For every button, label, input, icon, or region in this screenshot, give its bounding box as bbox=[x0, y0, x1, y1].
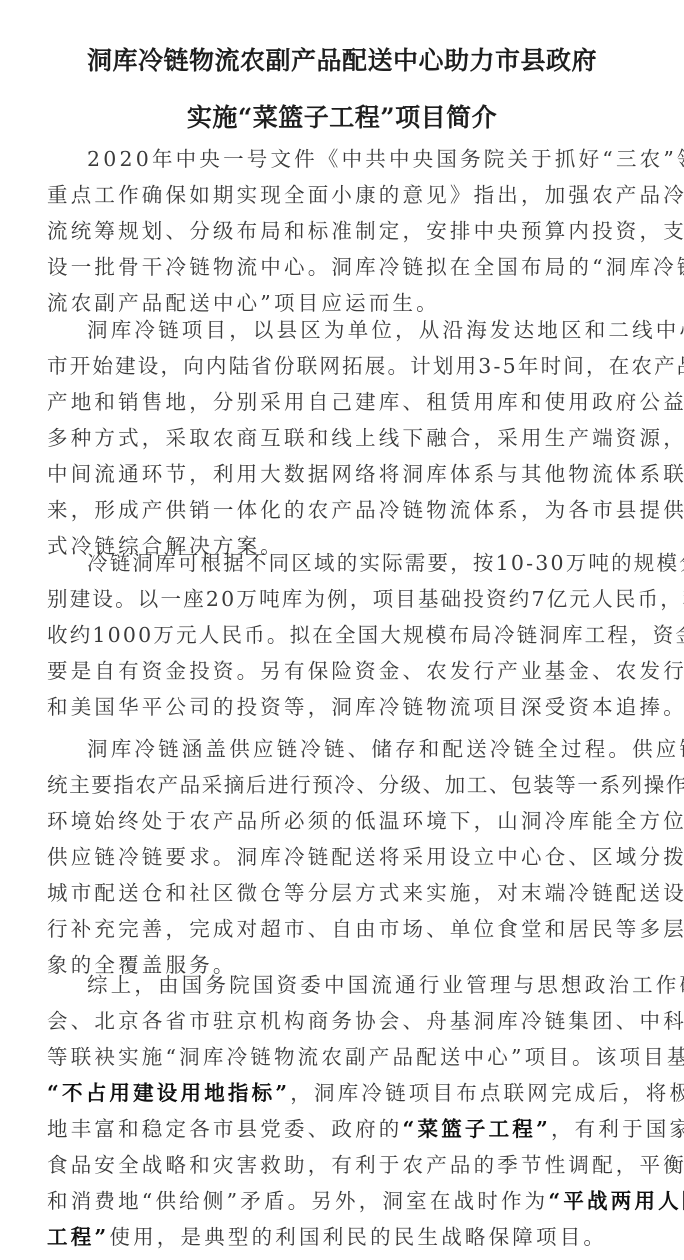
paragraph-cold-chain-coverage: 洞库冷链涵盖供应链冷链、储存和配送冷链全过程。供应链系 统主要指农产品采摘后进行… bbox=[47, 731, 647, 983]
text-line: 行补充完善，完成对超市、自由市场、单位食堂和居民等多层次对 bbox=[47, 911, 647, 947]
text-line: 来，形成产供销一体化的农产品冷链物流体系，为各市县提供一站 bbox=[47, 492, 647, 528]
paragraph-investment-scale: 冷链洞库可根据不同区域的实际需要，按10-30万吨的规模分 别建设。以一座20万… bbox=[47, 545, 647, 725]
text-line: 别建设。以一座20万吨库为例，项目基础投资约7亿元人民币，税 bbox=[47, 581, 647, 617]
text-span: ，有利于国家的 bbox=[551, 1117, 684, 1141]
highlight-dual-use-civil-defense: “平战两用人防 bbox=[548, 1189, 684, 1213]
text-line: 要是自有资金投资。另有保险资金、农发行产业基金、农发行贷款 bbox=[47, 653, 647, 689]
text-line: 和消费地“供给侧”矛盾。另外，洞室在战时作为“平战两用人防 bbox=[47, 1183, 647, 1219]
text-span: ，洞库冷链项目布点联网完成后，将极大 bbox=[290, 1081, 684, 1105]
paragraph-policy-background: 2020年中央一号文件《中共中央国务院关于抓好“三农”领域 重点工作确保如期实现… bbox=[47, 141, 647, 321]
text-span: 使用，是典型的利国利民的民生战略保障项目。 bbox=[109, 1225, 607, 1249]
text-line: 环境始终处于农产品所必须的低温环境下，山洞冷库能全方位满足 bbox=[47, 803, 647, 839]
highlight-no-land-quota: “不占用建设用地指标” bbox=[47, 1081, 290, 1105]
document-title-line-2: 实施“菜篮子工程”项目简介 bbox=[0, 98, 684, 134]
document-title-line-1: 洞库冷链物流农副产品配送中心助力市县政府 bbox=[0, 41, 684, 77]
paragraph-project-rollout: 洞库冷链项目，以县区为单位，从沿海发达地区和二线中心城 市开始建设，向内陆省份联… bbox=[47, 312, 647, 564]
text-line: 统主要指农产品采摘后进行预冷、分级、加工、包装等一系列操作， bbox=[47, 767, 647, 803]
highlight-dual-use-civil-defense-cont: 工程” bbox=[47, 1225, 109, 1249]
text-line: 地丰富和稳定各市县党委、政府的“菜篮子工程”，有利于国家的 bbox=[47, 1111, 647, 1147]
text-line: 2020年中央一号文件《中共中央国务院关于抓好“三农”领域 bbox=[47, 141, 647, 177]
text-line: 设一批骨干冷链物流中心。洞库冷链拟在全国布局的“洞库冷链物 bbox=[47, 249, 647, 285]
text-line: 食品安全战略和灾害救助，有利于农产品的季节性调配，平衡产地 bbox=[47, 1147, 647, 1183]
text-span: 地丰富和稳定各市县党委、政府的 bbox=[47, 1117, 403, 1141]
text-line: 洞库冷链项目，以县区为单位，从沿海发达地区和二线中心城 bbox=[47, 312, 647, 348]
text-line: 冷链洞库可根据不同区域的实际需要，按10-30万吨的规模分 bbox=[47, 545, 647, 581]
highlight-vegetable-basket-project: “菜篮子工程” bbox=[403, 1117, 551, 1141]
text-line: “不占用建设用地指标”，洞库冷链项目布点联网完成后，将极大 bbox=[47, 1075, 647, 1111]
text-line: 等联袂实施“洞库冷链物流农副产品配送中心”项目。该项目基本 bbox=[47, 1039, 647, 1075]
text-line: 市开始建设，向内陆省份联网拓展。计划用3-5年时间，在农产品 bbox=[47, 348, 647, 384]
text-line: 多种方式，采取农商互联和线上线下融合，采用生产端资源，减少 bbox=[47, 420, 647, 456]
paragraph-summary: 综上，由国务院国资委中国流通行业管理与思想政治工作研究 会、北京各省市驻京机构商… bbox=[47, 967, 647, 1255]
text-line: 产地和销售地，分别采用自己建库、租赁用库和使用政府公益库等 bbox=[47, 384, 647, 420]
text-line: 重点工作确保如期实现全面小康的意见》指出，加强农产品冷链物 bbox=[47, 177, 647, 213]
text-line: 供应链冷链要求。洞库冷链配送将采用设立中心仓、区域分拨仓、 bbox=[47, 839, 647, 875]
text-line: 和美国华平公司的投资等，洞库冷链物流项目深受资本追捧。 bbox=[47, 689, 647, 725]
text-line: 中间流通环节，利用大数据网络将洞库体系与其他物流体系联系起 bbox=[47, 456, 647, 492]
text-line: 洞库冷链涵盖供应链冷链、储存和配送冷链全过程。供应链系 bbox=[47, 731, 647, 767]
text-line: 收约1000万元人民币。拟在全国大规模布局冷链洞库工程，资金主 bbox=[47, 617, 647, 653]
text-line: 流统筹规划、分级布局和标准制定，安排中央预算内投资，支持建 bbox=[47, 213, 647, 249]
text-line: 会、北京各省市驻京机构商务协会、舟基洞库冷链集团、中科知谷 bbox=[47, 1003, 647, 1039]
text-line: 城市配送仓和社区微仓等分层方式来实施，对末端冷链配送设施进 bbox=[47, 875, 647, 911]
text-line: 工程”使用，是典型的利国利民的民生战略保障项目。 bbox=[47, 1219, 647, 1255]
text-line: 综上，由国务院国资委中国流通行业管理与思想政治工作研究 bbox=[47, 967, 647, 1003]
text-span: 和消费地“供给侧”矛盾。另外，洞室在战时作为 bbox=[47, 1189, 548, 1213]
